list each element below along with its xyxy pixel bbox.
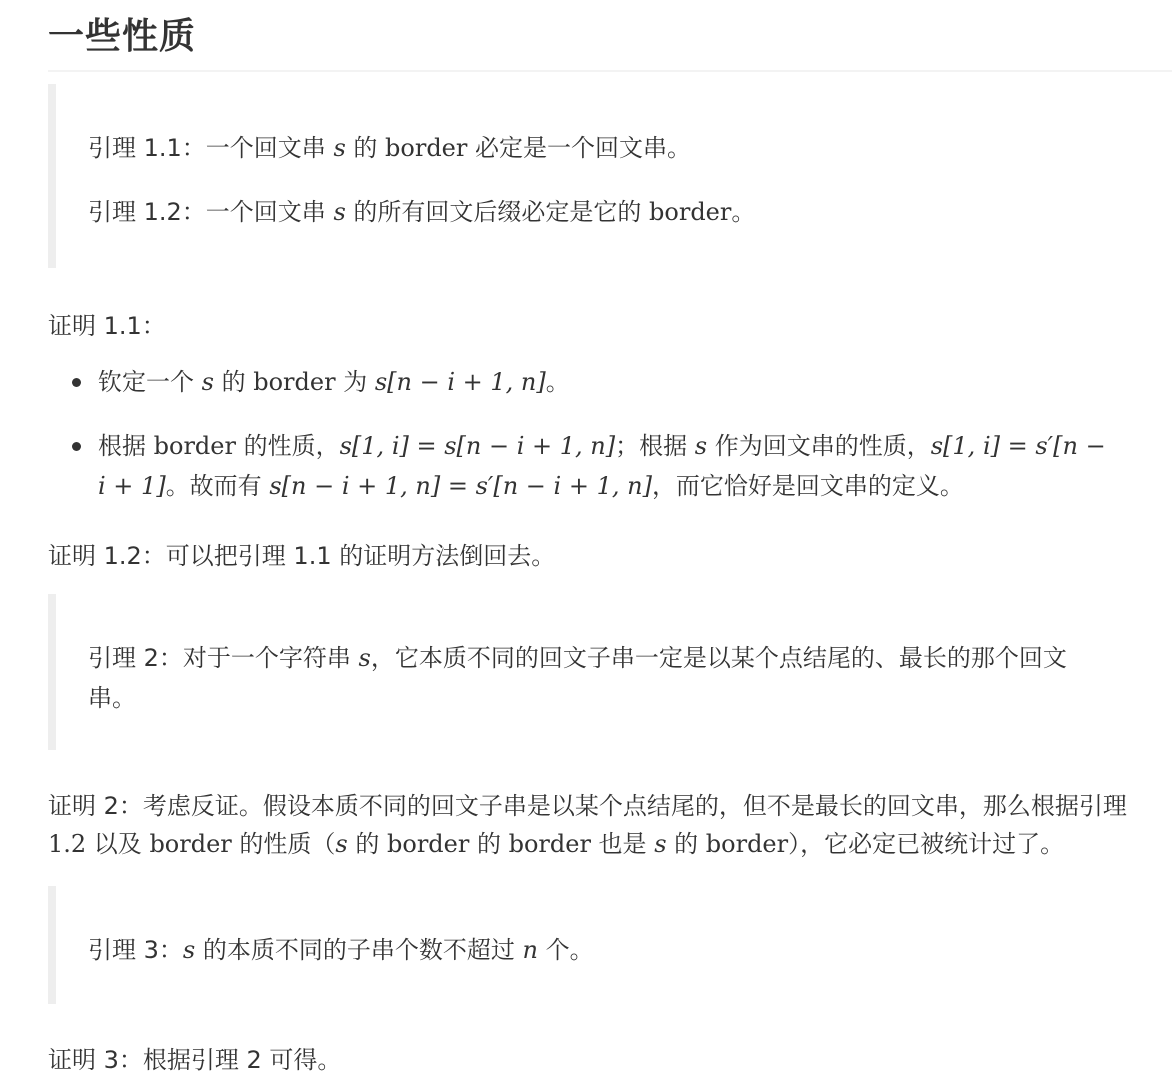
math-var: s [335,830,347,858]
math-var: s [333,198,345,226]
text: border [154,432,236,460]
proof-2-line2: 1.2 以及 border 的性质（s 的 border 的 border 也是… [48,824,1064,859]
math-expression: s[n − i + 1, n] = s′[n − i + 1, n] [269,472,652,500]
proof-3-text: 证明 3：根据引理 2 可得。 [48,1040,341,1075]
lemma-1-blockquote: 引理 1.1：一个回文串 s 的 border 必定是一个回文串。 引理 1.2… [48,84,1172,268]
text: ），它必定已被统计过了。 [788,830,1064,858]
text: 。 [546,368,570,396]
text: 为 [336,368,375,396]
lemma-2-text-line2: 串。 [88,678,136,713]
text: border [253,368,335,396]
text: 的 [469,830,508,858]
bullet-icon [72,442,81,451]
title-divider [48,70,1172,72]
text: ；根据 [615,432,695,460]
text: ，它本质不同的回文子串一定是以某个点结尾的、最长的那个回文 [371,644,1067,672]
section-title: 一些性质 [48,12,196,62]
lemma-1-1-text: 引理 1.1：一个回文串 s 的 border 必定是一个回文串。 [88,128,691,163]
text: 的 [348,830,387,858]
text: border [706,830,788,858]
proof-1-1-heading: 证明 1.1： [48,306,166,341]
text: 的本质不同的子串个数不超过 [195,936,522,964]
proof-2-line1: 证明 2：考虑反证。假设本质不同的回文子串是以某个点结尾的，但不是最长的回文串，… [48,786,1127,821]
text: 的 [214,368,253,396]
text: 必定是一个回文串。 [467,134,691,162]
math-var: s [333,134,345,162]
bullet-icon [72,378,81,387]
list-item: 钦定一个 s 的 border 为 s[n − i + 1, n]。 [98,362,570,402]
math-var: n [523,936,538,964]
text: 引理 2：对于一个字符串 [88,644,359,672]
text: 个。 [538,936,594,964]
math-expression: i + 1] [98,472,166,500]
text: 引理 1.1：一个回文串 [88,134,333,162]
list-item: 根据 border 的性质，s[1, i] = s[n − i + 1, n]；… [98,426,1106,466]
text: border [149,830,231,858]
lemma-2-text-line1: 引理 2：对于一个字符串 s，它本质不同的回文子串一定是以某个点结尾的、最长的那… [88,638,1067,673]
text: 根据 [98,432,154,460]
text: 。 [731,198,755,226]
list-item-continuation: i + 1]。故而有 s[n − i + 1, n] = s′[n − i + … [98,466,964,506]
proof-1-2-text: 证明 1.2：可以把引理 1.1 的证明方法倒回去。 [48,536,555,571]
lemma-2-blockquote: 引理 2：对于一个字符串 s，它本质不同的回文子串一定是以某个点结尾的、最长的那… [48,594,1172,750]
text: 的性质， [236,432,340,460]
lemma-3-blockquote: 引理 3：s 的本质不同的子串个数不超过 n 个。 [48,886,1172,1004]
lemma-3-text: 引理 3：s 的本质不同的子串个数不超过 n 个。 [88,930,594,965]
text: 的所有回文后缀必定是它的 [346,198,649,226]
math-expression: s[1, i] = s′[n − [931,432,1106,460]
text: 钦定一个 [98,368,202,396]
text: 作为回文串的性质， [707,432,931,460]
text: 的性质（ [232,830,336,858]
text: border [509,830,591,858]
math-var: s [695,432,707,460]
text: border [387,830,469,858]
math-expression: s[1, i] = s[n − i + 1, n] [340,432,616,460]
math-var: s [359,644,371,672]
text: 。故而有 [166,472,270,500]
math-expression: s[n − i + 1, n] [375,368,546,396]
math-var: s [183,936,195,964]
math-var: s [202,368,214,396]
text: 的 [346,134,385,162]
lemma-1-2-text: 引理 1.2：一个回文串 s 的所有回文后缀必定是它的 border。 [88,192,755,227]
text: 引理 3： [88,936,183,964]
text: 也是 [591,830,654,858]
text: border [649,198,731,226]
text: 的 [667,830,706,858]
text: 1.2 以及 [48,830,149,858]
math-var: s [654,830,666,858]
text: ，而它恰好是回文串的定义。 [652,472,964,500]
text: 引理 1.2：一个回文串 [88,198,333,226]
text: border [385,134,467,162]
